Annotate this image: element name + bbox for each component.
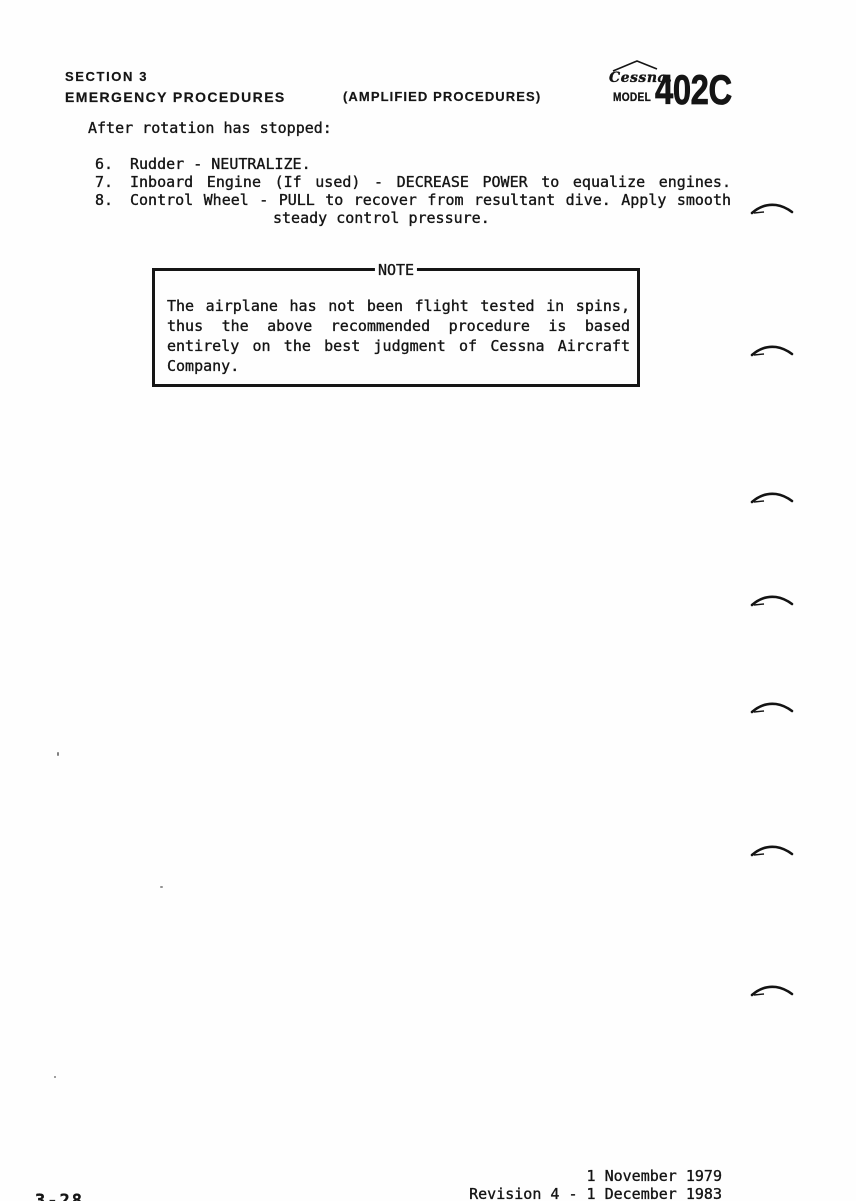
note-line: The airplane has not been flight tested …: [167, 296, 630, 316]
manual-page: SECTION 3 EMERGENCY PROCEDURES (AMPLIFIE…: [0, 0, 856, 1201]
section-title: EMERGENCY PROCEDURES: [65, 89, 286, 105]
binding-mark-icon: [750, 700, 794, 715]
footer-revision: Revision 4 - 1 December 1983: [469, 1185, 722, 1201]
model-label: MODEL: [613, 90, 651, 104]
step-number: 6.: [95, 155, 130, 173]
note-line: thus the above recommended procedure is …: [167, 316, 630, 336]
scan-speck: [54, 1076, 56, 1078]
binding-mark-icon: [750, 490, 794, 505]
step-number: 7.: [95, 173, 130, 191]
note-line: Company.: [167, 356, 630, 376]
binding-mark-icon: [750, 843, 794, 858]
intro-line: After rotation has stopped:: [88, 119, 332, 137]
binding-mark-icon: [750, 593, 794, 608]
note-label: NOTE: [375, 261, 417, 279]
procedure-step-7: 7.Inboard Engine (If used) - DECREASE PO…: [95, 173, 731, 191]
procedure-step-6: 6.Rudder - NEUTRALIZE.: [95, 155, 731, 173]
binding-mark-icon: [750, 983, 794, 998]
binding-mark-icon: [750, 201, 794, 216]
section-heading: SECTION 3 EMERGENCY PROCEDURES: [65, 69, 286, 105]
step-text: Control Wheel - PULL to recover from res…: [130, 191, 731, 209]
section-number: SECTION 3: [65, 69, 286, 84]
note-box: NOTE The airplane has not been flight te…: [152, 268, 640, 387]
footer-date: 1 November 1979: [587, 1167, 722, 1185]
binding-mark-icon: [750, 343, 794, 358]
scan-speck: [160, 886, 163, 888]
note-line: entirely on the best judgment of Cessna …: [167, 336, 630, 356]
footer-page-number: 3-28: [35, 1191, 84, 1201]
step-8-continuation: steady control pressure.: [273, 209, 490, 227]
model-number: 402C: [655, 69, 732, 111]
scan-speck: [57, 752, 59, 756]
step-text: Inboard Engine (If used) - DECREASE POWE…: [130, 173, 731, 191]
step-text: Rudder - NEUTRALIZE.: [130, 155, 731, 173]
page-subtitle: (AMPLIFIED PROCEDURES): [343, 89, 541, 104]
procedure-step-8: 8.Control Wheel - PULL to recover from r…: [95, 191, 731, 209]
step-number: 8.: [95, 191, 130, 209]
